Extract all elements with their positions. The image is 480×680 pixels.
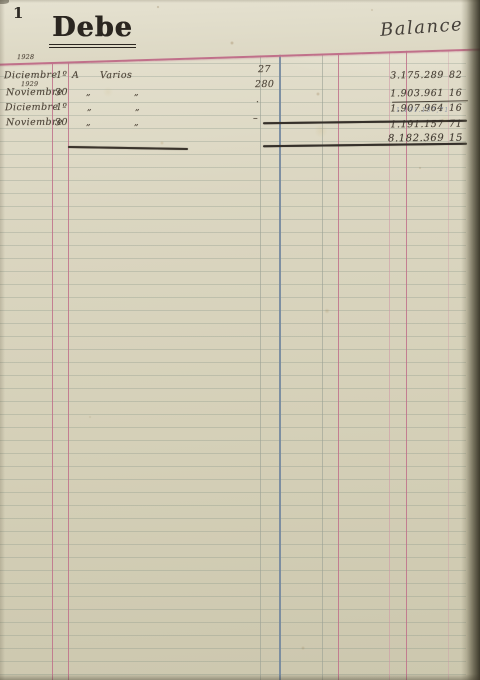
year-note: 1928	[17, 52, 34, 63]
amount-integer: 3.175.289	[388, 70, 444, 82]
column-rule-folio-left	[260, 40, 261, 680]
description-closing-line	[68, 146, 188, 150]
page-title-debe: Debe	[49, 12, 136, 48]
column-rule-date-left	[52, 40, 53, 680]
column-rule-folio-right	[279, 40, 281, 680]
column-rule-mid-right	[338, 40, 339, 680]
ditto-mark: „	[86, 88, 91, 99]
amount-row: 3.175.28982	[388, 63, 468, 83]
entry-description: A	[72, 70, 79, 81]
folio-mark: ·	[256, 97, 260, 108]
entry-description: Varios	[100, 70, 132, 81]
entry-day: 1º	[56, 70, 67, 81]
column-rule-date-right	[68, 40, 69, 680]
ditto-mark: „	[134, 88, 139, 99]
folio-number: 27	[258, 64, 271, 75]
ditto-mark: „	[134, 118, 139, 129]
entry-day: 30	[55, 117, 68, 128]
page-edge-left	[0, 0, 5, 680]
entry-day: 1º	[56, 102, 67, 113]
page-edge-bottom	[0, 674, 480, 680]
entry-month: Diciembre	[4, 70, 58, 82]
folio-number: 280	[255, 79, 274, 90]
ledger-page: 1 Debe Balance 1928 1929 Diciembre 1º A …	[0, 0, 480, 680]
entry-month: Diciembre	[5, 102, 59, 114]
page-edge-top	[0, 0, 480, 3]
ditto-mark: „	[87, 103, 92, 114]
entry-day: 30	[55, 87, 68, 98]
page-number: 1	[13, 4, 23, 22]
ditto-mark: „	[86, 118, 91, 129]
column-rule-mid-left	[322, 40, 323, 680]
page-edge-right	[461, 0, 480, 680]
ditto-mark: „	[135, 103, 140, 114]
folio-mark: –	[253, 113, 258, 124]
